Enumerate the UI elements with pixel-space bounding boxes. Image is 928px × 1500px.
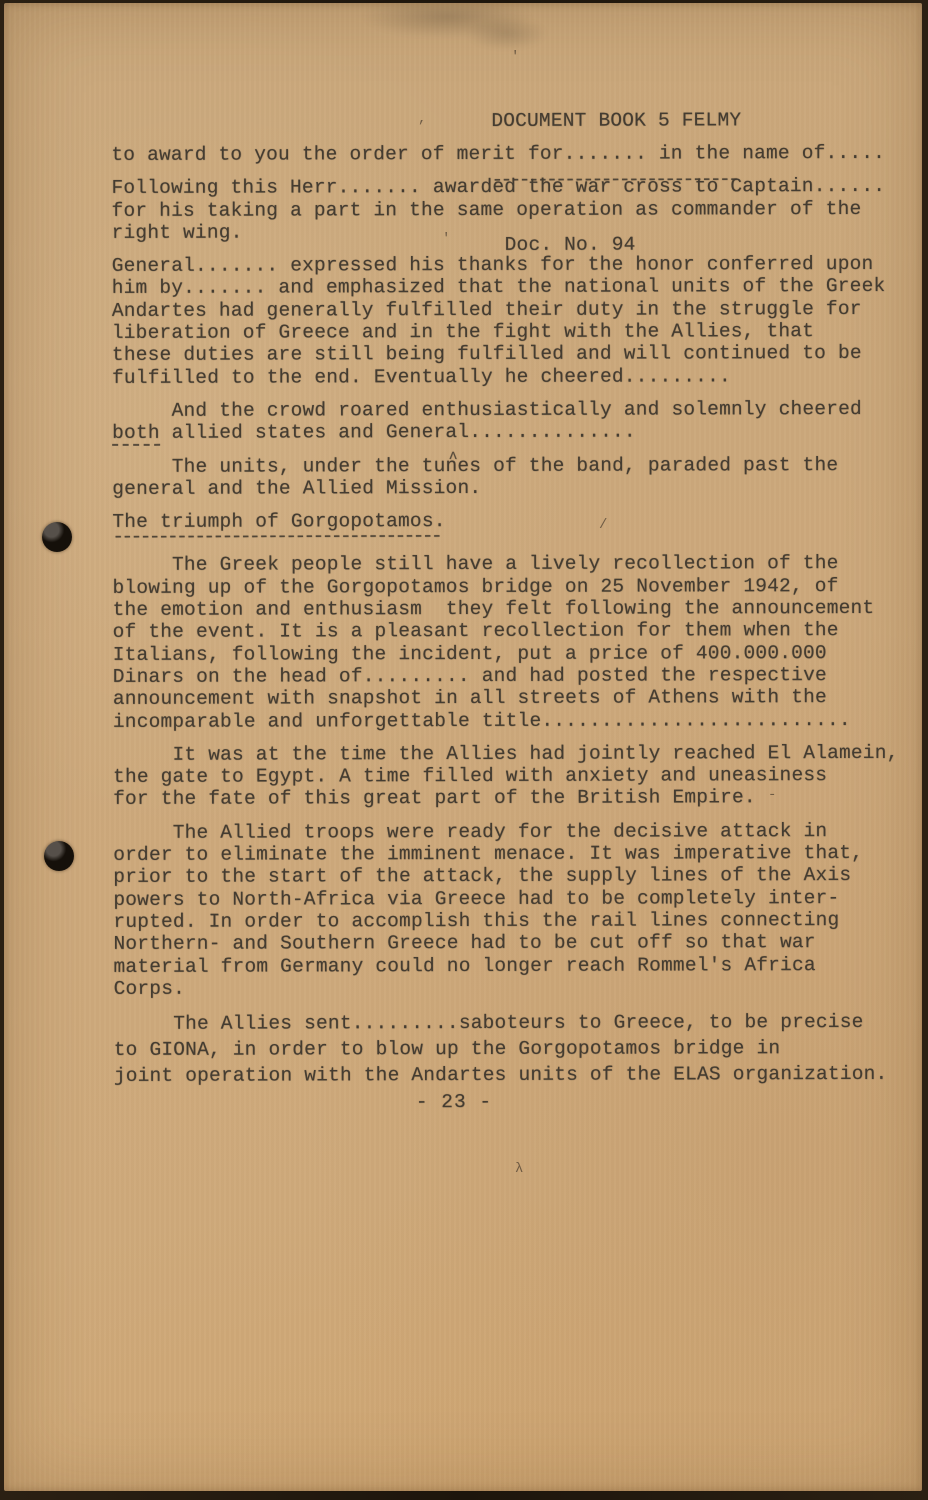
scan-mark: , [418, 111, 426, 127]
text-line: blowing up of the Gorgopotamos bridge on… [113, 575, 899, 599]
scan-mark: ' [442, 231, 450, 247]
scan-mark: / [599, 517, 607, 533]
document-body: to award to you the order of merit for..… [111, 142, 899, 1100]
paragraph: The units, under the tunes of the band, … [112, 453, 898, 500]
underlined-word: both [112, 422, 160, 446]
text-line: both allied states and General..........… [112, 420, 898, 444]
text-line: Following this Herr....... awarded the w… [111, 175, 897, 199]
section-heading: The triumph of Gorgopotamos.------------… [112, 509, 898, 542]
heading-underline: ------------------------------------ [112, 524, 898, 542]
text-line: the emotion and enthusiasm they felt fol… [113, 597, 899, 621]
document-book-title: DOCUMENT BOOK 5 FELMY [491, 109, 741, 132]
text-line: for the fate of this great part of the B… [113, 786, 899, 810]
paragraph: And the crowd roared enthusiastically an… [112, 398, 898, 445]
text-line: order to eliminate the imminent menace. … [113, 842, 899, 866]
paragraph: Following this Herr....... awarded the w… [111, 175, 897, 244]
text-line: prior to the start of the attack, the su… [113, 864, 899, 888]
text-line: joint operation with the Andartes units … [114, 1061, 900, 1089]
text-line: general and the Allied Mission. [112, 476, 898, 500]
text-line: fulfilled to the end. Eventually he chee… [112, 365, 898, 389]
text-line: to GIONA, in order to blow up the Gorgop… [114, 1035, 900, 1063]
paragraph: The Greek people still have a lively rec… [112, 552, 898, 732]
text-line: Northern- and Southern Greece had to be … [113, 931, 899, 955]
text-line: incomparable and unforgettable title....… [113, 708, 899, 732]
text-line: The Allies sent.........saboteurs to Gre… [114, 1009, 900, 1037]
page-number: - 23 - [416, 1091, 492, 1113]
text-line: to award to you the order of merit for..… [111, 142, 897, 166]
text-line: the gate to Egypt. A time filled with an… [113, 764, 899, 788]
text-line: And the crowd roared enthusiastically an… [112, 398, 898, 422]
text-line: of the event. It is a pleasant recollect… [113, 619, 899, 643]
text-line: liberation of Greece and in the fight wi… [112, 320, 898, 344]
document-page: DOCUMENT BOOK 5 FELMY ------------------… [4, 3, 922, 1491]
text-line: Andartes had generally fulfilled their d… [112, 298, 898, 322]
text-line: It was at the time the Allies had jointl… [113, 742, 899, 766]
scan-mark: ' [511, 49, 519, 65]
paragraph: The Allies sent.........saboteurs to Gre… [114, 1009, 900, 1089]
text-line: The Greek people still have a lively rec… [112, 552, 898, 576]
text-line: The Allied troops were ready for the dec… [113, 820, 899, 844]
text-line: material from Germany could no longer re… [113, 953, 899, 977]
text-line: Italians, following the incident, put a … [113, 642, 899, 666]
text-line: General....... expressed his thanks for … [112, 253, 898, 277]
text-line: powers to North-Africa via Greece had to… [113, 886, 899, 910]
paragraph: to award to you the order of merit for..… [111, 142, 897, 166]
paragraph: The Allied troops were ready for the dec… [113, 820, 899, 1000]
insertion-caret: n [445, 455, 457, 477]
text-line: right wing. [112, 220, 898, 244]
text-line: The units, under the tunes of the band, … [112, 453, 898, 477]
text-line: Corps. [114, 976, 900, 1000]
paragraph: It was at the time the Allies had jointl… [113, 742, 899, 811]
punch-hole-top [42, 522, 72, 552]
scan-smudge [339, 3, 609, 58]
text-line: rupted. In order to accomplish this the … [113, 909, 899, 933]
text-line: announcement with snapshot in all street… [113, 686, 899, 710]
text-line: for his taking a part in the same operat… [112, 197, 898, 221]
text-line: Dinars on the head of......... and had p… [113, 664, 899, 688]
scan-mark: - [768, 787, 776, 803]
scan-mark: λ [515, 1161, 523, 1177]
paragraph: General....... expressed his thanks for … [112, 253, 898, 389]
text-line: these duties are still being fulfilled a… [112, 342, 898, 366]
typewritten-content: DOCUMENT BOOK 5 FELMY ------------------… [4, 2, 928, 4]
text-line: him by....... and emphasized that the na… [112, 275, 898, 299]
punch-hole-bottom [44, 841, 74, 871]
